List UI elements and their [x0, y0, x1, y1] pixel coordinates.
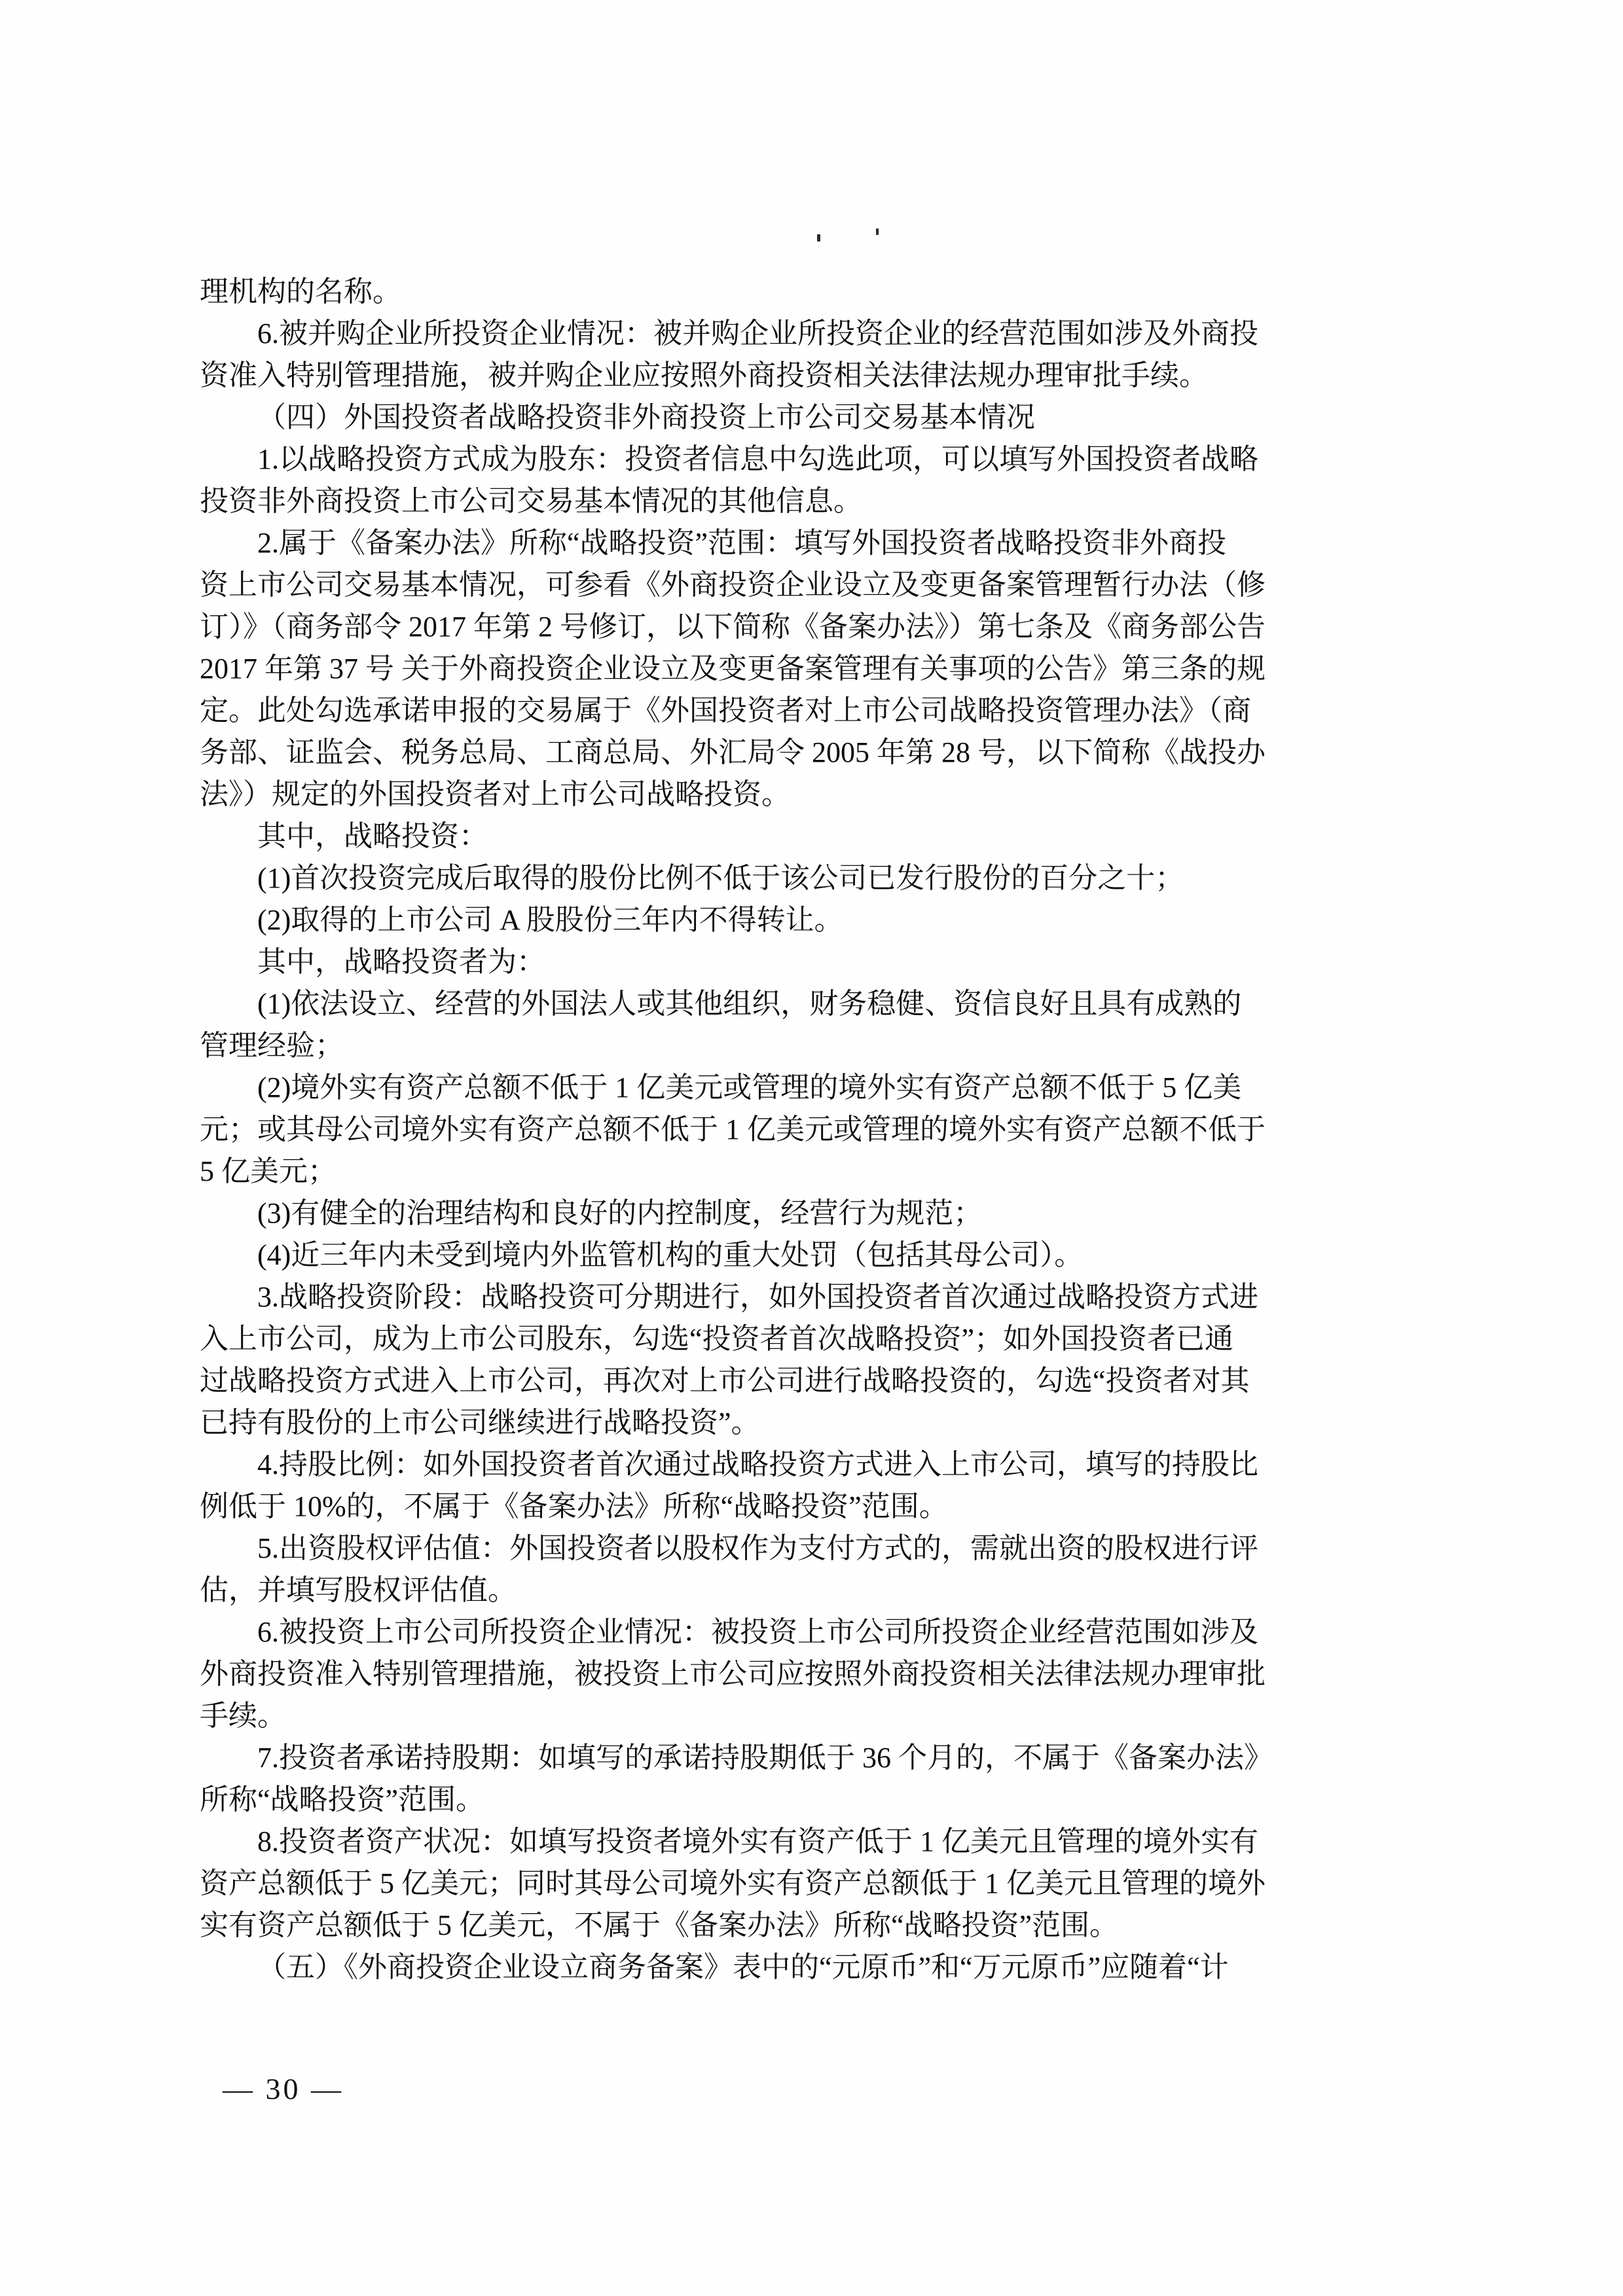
text-line: 8.投资者资产状况：如填写投资者境外实有资产低于 1 亿美元且管理的境外实有 — [200, 1821, 1417, 1863]
text-line: 2017 年第 37 号 关于外商投资企业设立及变更备案管理有关事项的公告》第三… — [200, 648, 1417, 690]
text-line: 实有资产总额低于 5 亿美元，不属于《备案办法》所称“战略投资”范围。 — [200, 1905, 1417, 1946]
text-line: 资上市公司交易基本情况，可参看《外商投资企业设立及变更备案管理暂行办法（修 — [200, 564, 1417, 606]
text-line: 元；或其母公司境外实有资产总额不低于 1 亿美元或管理的境外实有资产总额不低于 — [200, 1109, 1417, 1151]
document-page: 理机构的名称。6.被并购企业所投资企业情况：被并购企业所投资企业的经营范围如涉及… — [0, 0, 1623, 2296]
text-line: 其中，战略投资者为： — [200, 941, 1417, 983]
text-line: (3)有健全的治理结构和良好的内控制度，经营行为规范； — [200, 1193, 1417, 1234]
text-line: 已持有股份的上市公司继续进行战略投资”。 — [200, 1402, 1417, 1444]
text-line: 管理经验； — [200, 1025, 1417, 1067]
text-line: （五）《外商投资企业设立商务备案》表中的“元原币”和“万元原币”应随着“计 — [200, 1946, 1417, 1988]
scan-speck-artifact — [876, 228, 879, 235]
text-line: (2)取得的上市公司 A 股股份三年内不得转让。 — [200, 899, 1417, 941]
text-line: 外商投资准入特别管理措施，被投资上市公司应按照外商投资相关法律法规办理审批 — [200, 1653, 1417, 1695]
text-line: (1)依法设立、经营的外国法人或其他组织，财务稳健、资信良好且具有成熟的 — [200, 983, 1417, 1025]
text-line: 5.出资股权评估值：外国投资者以股权作为支付方式的，需就出资的股权进行评 — [200, 1528, 1417, 1570]
text-line: 7.投资者承诺持股期：如填写的承诺持股期低于 36 个月的，不属于《备案办法》 — [200, 1737, 1417, 1779]
text-line: （四）外国投资者战略投资非外商投资上市公司交易基本情况 — [200, 397, 1417, 439]
text-line: 2.属于《备案办法》所称“战略投资”范围：填写外国投资者战略投资非外商投 — [200, 522, 1417, 564]
text-line: 投资非外商投资上市公司交易基本情况的其他信息。 — [200, 480, 1417, 522]
page-footer: — 30 — — [223, 2070, 344, 2109]
text-line: 理机构的名称。 — [200, 271, 1417, 313]
document-body: 理机构的名称。6.被并购企业所投资企业情况：被并购企业所投资企业的经营范围如涉及… — [200, 271, 1417, 1988]
text-line: 订）》（商务部令 2017 年第 2 号修订，以下简称《备案办法》）第七条及《商… — [200, 606, 1417, 648]
text-line: 资产总额低于 5 亿美元；同时其母公司境外实有资产总额低于 1 亿美元且管理的境… — [200, 1863, 1417, 1905]
text-line: 5 亿美元； — [200, 1151, 1417, 1193]
text-line: 3.战略投资阶段：战略投资可分期进行，如外国投资者首次通过战略投资方式进 — [200, 1276, 1417, 1318]
text-line: 手续。 — [200, 1695, 1417, 1737]
text-line: 入上市公司，成为上市公司股东，勾选“投资者首次战略投资”；如外国投资者已通 — [200, 1318, 1417, 1360]
text-line: (4)近三年内未受到境内外监管机构的重大处罚（包括其母公司）。 — [200, 1234, 1417, 1276]
text-line: 6.被投资上市公司所投资企业情况：被投资上市公司所投资企业经营范围如涉及 — [200, 1611, 1417, 1653]
text-line: 资准入特别管理措施，被并购企业应按照外商投资相关法律法规办理审批手续。 — [200, 355, 1417, 397]
text-line: 1.以战略投资方式成为股东：投资者信息中勾选此项，可以填写外国投资者战略 — [200, 439, 1417, 480]
text-line: 例低于 10%的，不属于《备案办法》所称“战略投资”范围。 — [200, 1486, 1417, 1528]
text-line: (1)首次投资完成后取得的股份比例不低于该公司已发行股份的百分之十； — [200, 857, 1417, 899]
text-line: 估，并填写股权评估值。 — [200, 1570, 1417, 1611]
text-line: 定。此处勾选承诺申报的交易属于《外国投资者对上市公司战略投资管理办法》（商 — [200, 690, 1417, 732]
text-line: (2)境外实有资产总额不低于 1 亿美元或管理的境外实有资产总额不低于 5 亿美 — [200, 1067, 1417, 1109]
text-line: 所称“战略投资”范围。 — [200, 1779, 1417, 1821]
text-line: 4.持股比例：如外国投资者首次通过战略投资方式进入上市公司，填写的持股比 — [200, 1444, 1417, 1486]
text-line: 过战略投资方式进入上市公司，再次对上市公司进行战略投资的，勾选“投资者对其 — [200, 1360, 1417, 1402]
text-line: 其中，战略投资： — [200, 816, 1417, 857]
text-line: 务部、证监会、税务总局、工商总局、外汇局令 2005 年第 28 号，以下简称《… — [200, 732, 1417, 774]
text-line: 法》）规定的外国投资者对上市公司战略投资。 — [200, 774, 1417, 816]
scan-speck-artifact — [817, 234, 820, 242]
text-line: 6.被并购企业所投资企业情况：被并购企业所投资企业的经营范围如涉及外商投 — [200, 313, 1417, 355]
page-number: — 30 — — [223, 2072, 344, 2106]
